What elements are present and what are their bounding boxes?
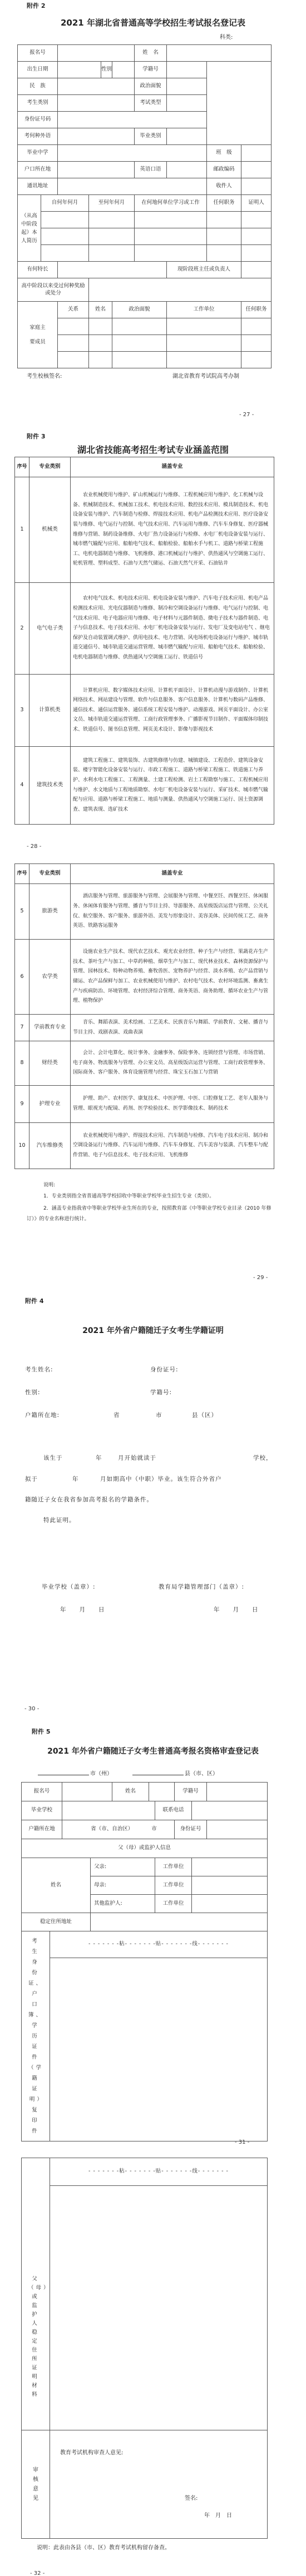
family-header: 任何职务 [241, 302, 272, 318]
row-category: 农学类 [29, 940, 71, 1015]
resume-cell[interactable] [207, 245, 241, 262]
registration-form-table: 报名号 姓 名 出生日期 性别 学籍号 民 族 政治面貌 考生类别 考试类型 身… [17, 44, 272, 368]
reg-no-label: 报名号 [18, 45, 58, 62]
resume-cell[interactable] [135, 245, 207, 262]
school-label: 毕业学校 [22, 1801, 62, 1820]
class-field[interactable] [241, 145, 272, 162]
row-no: 8 [15, 1041, 29, 1086]
county-label: 县（区） [192, 1411, 218, 1419]
resume-cell[interactable] [135, 212, 207, 228]
class-label: 班 级 [207, 145, 241, 162]
page-number: - 30 - [24, 1706, 39, 1712]
mother-field[interactable]: 母亲: [91, 1876, 155, 1895]
school-label: 毕业中学 [18, 145, 58, 162]
id-no-field[interactable] [58, 112, 207, 128]
address-field[interactable] [58, 178, 207, 195]
city-input[interactable] [38, 1767, 89, 1775]
body-text: 该生于 [43, 1454, 63, 1462]
header-category: 专业类别 [29, 457, 71, 477]
body-text: 籍随迁子女在我省参加高考报名的学籍条件。 [25, 1495, 153, 1504]
county-input[interactable] [132, 1767, 184, 1775]
body-text: 特此证明。 [43, 1516, 76, 1524]
family-cell[interactable] [89, 352, 112, 368]
review-label-cell: 审核意见 [22, 2430, 50, 2539]
notes-title: 说明: [43, 1181, 55, 1190]
resume-cell[interactable] [207, 212, 241, 228]
reg-no-field[interactable] [62, 1783, 112, 1801]
resume-header: 在何地何单位学习或工作 [135, 195, 207, 212]
teacher-field[interactable] [241, 262, 272, 278]
family-cell[interactable] [241, 318, 272, 335]
recipient-label: 收件人 [207, 178, 241, 195]
page-number: - 29 - [253, 1275, 268, 1281]
family-cell[interactable] [58, 352, 89, 368]
hukou-label: 户籍所在地 [22, 1820, 62, 1839]
row-category: 旅游类 [29, 884, 71, 940]
political-label: 政治面貌 [135, 78, 167, 95]
name-label: 姓 名 [135, 45, 167, 62]
review-date: 年 月 日 [204, 2512, 232, 2519]
gender-label: 性别: [25, 1388, 41, 1396]
page-number: - 27 - [239, 412, 254, 418]
resume-cell[interactable] [41, 245, 89, 262]
guardian-info-header: 父（母）或监护人信息 [22, 1839, 268, 1858]
grad-type-label: 毕业类别 [135, 128, 167, 145]
guardian-docs-label: 父（母）或监护人稳定住所证明材料 [28, 2275, 43, 2399]
family-cell[interactable] [58, 318, 89, 335]
family-cell[interactable] [167, 335, 241, 352]
specialty-field[interactable] [58, 262, 167, 278]
county-label: 县（市、区） [185, 1769, 218, 1777]
other-work-field[interactable] [192, 1895, 268, 1913]
postcode-field[interactable] [241, 162, 272, 178]
page-number: - 31 - [235, 2139, 249, 2145]
page-title: 2021 年外省户籍随迁子女考生学籍证明 [0, 1325, 306, 1336]
residence-field[interactable] [91, 1913, 268, 1931]
family-header: 工作单位 [167, 302, 241, 318]
resume-cell[interactable] [241, 212, 272, 228]
birth-label: 出生日期 [18, 62, 58, 78]
ethnicity-label: 民 族 [18, 78, 58, 95]
note-item: 2．涵盖专业指我省中等职业学校毕业生所在的专业，按照教育部《中等职业学校专业目录… [27, 1204, 278, 1225]
row-category: 财经类 [29, 1041, 71, 1086]
row-majors: 酒店服务与管理、旅游服务与管理、会展服务与管理、中餐烹饪、西餐烹饪、休闲服务、休… [71, 884, 274, 940]
family-cell[interactable] [167, 352, 241, 368]
paste-line-text: - - - - - - -粘- - - - - - -贴- - - - - - … [88, 1941, 229, 1947]
oral-field[interactable] [167, 162, 207, 178]
id-no-label: 身份证号码 [18, 112, 58, 128]
attachment-label: 附件 4 [25, 1296, 43, 1305]
family-cell[interactable] [58, 335, 89, 352]
row-no: 10 [15, 1123, 29, 1169]
page-title: 2021 年湖北省普通高等学校招生考试报名登记表 [0, 17, 306, 28]
date-bureau: 年 月 日 [214, 1605, 259, 1614]
teacher-label: 现阶段班主任或负责人 [167, 262, 241, 278]
family-cell[interactable] [112, 352, 167, 368]
row-majors: 护理、助产、农村医学、康复技术、中医护理、中医、口腔修复工艺、老年人服务与管理、… [71, 1086, 274, 1123]
family-label: 家庭主要成员 [18, 302, 58, 368]
work-unit-label: 工作单位 [155, 1876, 192, 1895]
row-majors: 设施农业生产技术、现代农艺技术、观光农业经营、种子生产与经营、果蔬花卉生产技术、… [71, 940, 274, 1015]
address-label: 通讯地址 [18, 178, 58, 195]
table-note: 说明：此表由各县（市、区）教育考试机构留存备查。 [37, 2543, 170, 2551]
body-text: 月如期高中（中职）毕业。该生符合外省户 [100, 1475, 222, 1483]
row-majors: 农村电气技术、机电技术应用、机电设备安装与维护、汽车电子技术应用、机电产品检测技… [71, 583, 274, 675]
row-no: 3 [15, 675, 29, 747]
exam-type-label: 考试类型 [135, 95, 167, 112]
docs-label-cell: 考生身份证、户口簿、学历证件（学籍证明）复印件 [22, 1931, 50, 2141]
row-category: 护理专业 [29, 1086, 71, 1123]
student-no-field[interactable] [207, 1783, 268, 1801]
city-label: 市 [156, 1411, 162, 1419]
guardian-docs-paste-area[interactable] [50, 2186, 268, 2430]
resume-cell[interactable] [41, 228, 89, 245]
city-label: 市（州） [90, 1769, 112, 1777]
work-unit-label: 工作单位 [155, 1895, 192, 1913]
resume-label: （从高中阶段起）本人简历 [18, 195, 41, 262]
row-no: 4 [15, 747, 29, 825]
resume-cell[interactable] [241, 245, 272, 262]
school-field[interactable] [58, 145, 207, 162]
awards-label: 高中阶段以来受过何种奖励或处分 [18, 278, 89, 302]
name-field[interactable] [149, 1783, 175, 1801]
header-no: 序号 [15, 457, 29, 477]
family-cell[interactable] [241, 335, 272, 352]
resume-cell[interactable] [89, 245, 135, 262]
family-header: 关系 [58, 302, 89, 318]
family-cell[interactable] [112, 335, 167, 352]
id-label: 身份证号: [150, 1365, 179, 1374]
signature-label: 考生校核签名: [27, 371, 62, 380]
resume-cell[interactable] [241, 228, 272, 245]
body-text: 月开始就读于 [118, 1454, 156, 1462]
majors-table-2: 序号 专业类别 涵盖专业 5 旅游类 酒店服务与管理、旅游服务与管理、会展服务与… [14, 863, 274, 1169]
exam-type-field[interactable] [167, 95, 207, 112]
postcode-label: 邮政编码 [207, 162, 241, 178]
body-text: 年 [72, 1475, 79, 1483]
header-no: 序号 [15, 864, 29, 884]
subject-label: 科类: [220, 32, 233, 41]
resume-header: 证明人 [241, 195, 272, 212]
resume-cell[interactable] [89, 228, 135, 245]
row-no: 5 [15, 884, 29, 940]
student-no-field[interactable] [167, 62, 207, 78]
candidate-type-label: 考生类别 [18, 95, 58, 112]
resume-header: 自何年何月 [41, 195, 89, 212]
recipient-field[interactable] [241, 178, 272, 195]
family-cell[interactable] [89, 318, 112, 335]
row-no: 1 [15, 477, 29, 583]
other-guardian-field[interactable]: 其他监护人: [91, 1895, 155, 1913]
reg-no-label: 报名号 [22, 1783, 62, 1801]
family-cell[interactable] [167, 318, 241, 335]
date-school: 年 月 日 [60, 1605, 105, 1614]
residence-label: 稳定住所地址 [22, 1913, 91, 1931]
candidate-type-field[interactable] [58, 95, 135, 112]
hukou-label: 户籍所在地: [25, 1411, 60, 1419]
row-no: 2 [15, 583, 29, 675]
page-title: 2021 年外省户籍随迁子女考生普通高考报名资格审查登记表 [0, 1745, 306, 1756]
paste-line: - - - - - - -粘- - - - - - -贴- - - - - - … [50, 1931, 268, 1958]
photo-box[interactable] [207, 62, 272, 145]
row-majors: 建筑工程施工、建筑装饰、古建筑修缮与仿建、城镇建设、工程造价、建筑设备安装、楼宇… [71, 747, 274, 825]
paste-line-text: - - - - - - -粘- - - - - - -贴- - - - - - … [88, 2168, 229, 2174]
row-category: 建筑技术类 [29, 747, 71, 825]
attachment-label: 附件 3 [27, 432, 45, 441]
row-majors: 计算机应用、数字媒体技术应用、计算机平面设计、计算机动漫与游戏制作、计算机网络技… [71, 675, 274, 747]
oral-label: 英语口语 [135, 162, 167, 178]
row-category: 电气电子类 [29, 583, 71, 675]
gender-field[interactable] [112, 62, 135, 78]
family-cell[interactable] [112, 318, 167, 335]
eligibility-table: 报名号 姓名 学籍号 毕业学校 联系电话 户籍所在地 省（市、自治区） 市 身份… [21, 1782, 268, 2141]
hukou-field[interactable] [58, 162, 135, 178]
row-category: 机械类 [29, 477, 71, 583]
school-field[interactable] [62, 1801, 155, 1820]
header-majors: 涵盖专业 [71, 864, 274, 884]
student-no-label: 学籍号 [175, 1783, 207, 1801]
hukou-label: 户口所在地 [18, 162, 58, 178]
docs-paste-area[interactable] [50, 1958, 268, 2141]
body-text: 学校， [253, 1454, 273, 1462]
reg-no-field[interactable] [58, 45, 135, 62]
sign-label: 签名: [185, 2495, 198, 2502]
resume-cell[interactable] [89, 212, 135, 228]
attachment-label: 附件 5 [32, 1727, 50, 1736]
family-header: 政治面貌 [112, 302, 167, 318]
review-area[interactable]: 教育考试机构审查人意见: 签名: 年 月 日 [50, 2430, 268, 2539]
resume-header: 任何职务 [207, 195, 241, 212]
awards-field[interactable] [89, 278, 272, 302]
father-field[interactable]: 父亲: [91, 1858, 155, 1876]
family-header: 姓名 [89, 302, 112, 318]
name-label: 考生姓名: [25, 1365, 53, 1374]
row-category: 计算机类 [29, 675, 71, 747]
row-category: 汽车维修类 [29, 1123, 71, 1169]
row-majors: 农业机械使用与维护、矿山机械运行与维修、工程机械应用与维护、化工机械与设备、机械… [71, 477, 274, 583]
name-label: 姓名 [112, 1783, 149, 1801]
grad-type-field[interactable] [167, 128, 207, 145]
id-no-label: 身份证号 [175, 1820, 207, 1839]
resume-cell[interactable] [207, 228, 241, 245]
reviewer-label: 教育考试机构审查人意见: [60, 2449, 123, 2457]
political-field[interactable] [167, 78, 207, 95]
resume-header: 至何年何月 [89, 195, 135, 212]
body-text: 拟于 [25, 1475, 38, 1483]
row-category: 学前教育专业 [29, 1015, 71, 1041]
province-label: 省 [113, 1411, 120, 1419]
page-number: - 32 - [30, 2570, 45, 2576]
row-majors: 会计、会计电算化、统计事务、金融事务、保险事务、连锁经营与管理、市场营销、电子商… [71, 1041, 274, 1086]
family-cell[interactable] [89, 335, 112, 352]
mother-work-field[interactable] [192, 1876, 268, 1895]
guardian-name-label: 姓名 [22, 1858, 91, 1913]
header-category: 专业类别 [29, 864, 71, 884]
row-no: 7 [15, 1015, 29, 1041]
eligibility-table-continued: 父（母）或监护人稳定住所证明材料 - - - - - - -粘- - - - -… [21, 2158, 268, 2539]
body-text: 年 [96, 1454, 102, 1462]
language-field[interactable] [58, 128, 135, 145]
page-number: - 28 - [27, 843, 41, 850]
row-no: 9 [15, 1086, 29, 1123]
hukou-field[interactable]: 省（市、自治区） 市 [62, 1820, 175, 1839]
note-item: 1．专业类别指全省普通高等学校招收中等职业学校毕业生招生专业（类别）。 [27, 1192, 277, 1201]
hukou-city-text: 市 [151, 1826, 157, 1832]
resume-cell[interactable] [41, 212, 89, 228]
attachment-label: 附件 2 [27, 1, 45, 10]
phone-label: 联系电话 [155, 1801, 192, 1820]
id-no-field[interactable] [207, 1820, 268, 1839]
student-no-label: 学籍号: [150, 1388, 172, 1396]
resume-cell[interactable] [135, 228, 207, 245]
birth-field[interactable] [58, 62, 101, 78]
work-unit-label: 工作单位 [155, 1858, 192, 1876]
name-field[interactable] [167, 45, 272, 62]
specialty-label: 有何特长 [18, 262, 58, 278]
language-label: 考何种外语 [18, 128, 58, 145]
review-label: 审核意见 [32, 2465, 39, 2503]
issuer-label: 湖北省教育考试院高考办制 [172, 371, 239, 380]
page-title: 湖北省技能高考招生考试专业涵盖范围 [0, 443, 306, 456]
row-majors: 音乐、舞蹈表演、美术绘画、工艺美术、民族音乐与舞蹈、学前教育、文秘、播音与节目主… [71, 1015, 274, 1041]
row-no: 6 [15, 940, 29, 1015]
family-cell[interactable] [241, 352, 272, 368]
stamp-school: 毕业学校（盖章）: [42, 1582, 96, 1591]
guardian-docs-label-cell: 父（母）或监护人稳定住所证明材料 [22, 2158, 50, 2430]
phone-field[interactable] [192, 1801, 268, 1820]
row-majors: 农业机械使用与维护、焊接技术应用、汽车制造与检修、汽车电子技术应用、制冷和空调设… [71, 1123, 274, 1169]
docs-label: 考生身份证、户口簿、学历证件（学籍证明）复印件 [28, 1936, 43, 2136]
paste-line: - - - - - - -粘- - - - - - -贴- - - - - - … [50, 2158, 268, 2186]
ethnicity-field[interactable] [58, 78, 135, 95]
student-no-label: 学籍号 [135, 62, 167, 78]
majors-table-1: 序号 专业类别 涵盖专业 1 机械类 农业机械使用与维护、矿山机械运行与维修、工… [14, 457, 274, 825]
gender-label: 性别 [101, 62, 112, 78]
stamp-bureau: 教育局学籍管理部门（盖章）: [159, 1582, 244, 1591]
header-majors: 涵盖专业 [71, 457, 274, 477]
hukou-province-text: 省（市、自治区） [91, 1826, 133, 1832]
father-work-field[interactable] [192, 1858, 268, 1876]
